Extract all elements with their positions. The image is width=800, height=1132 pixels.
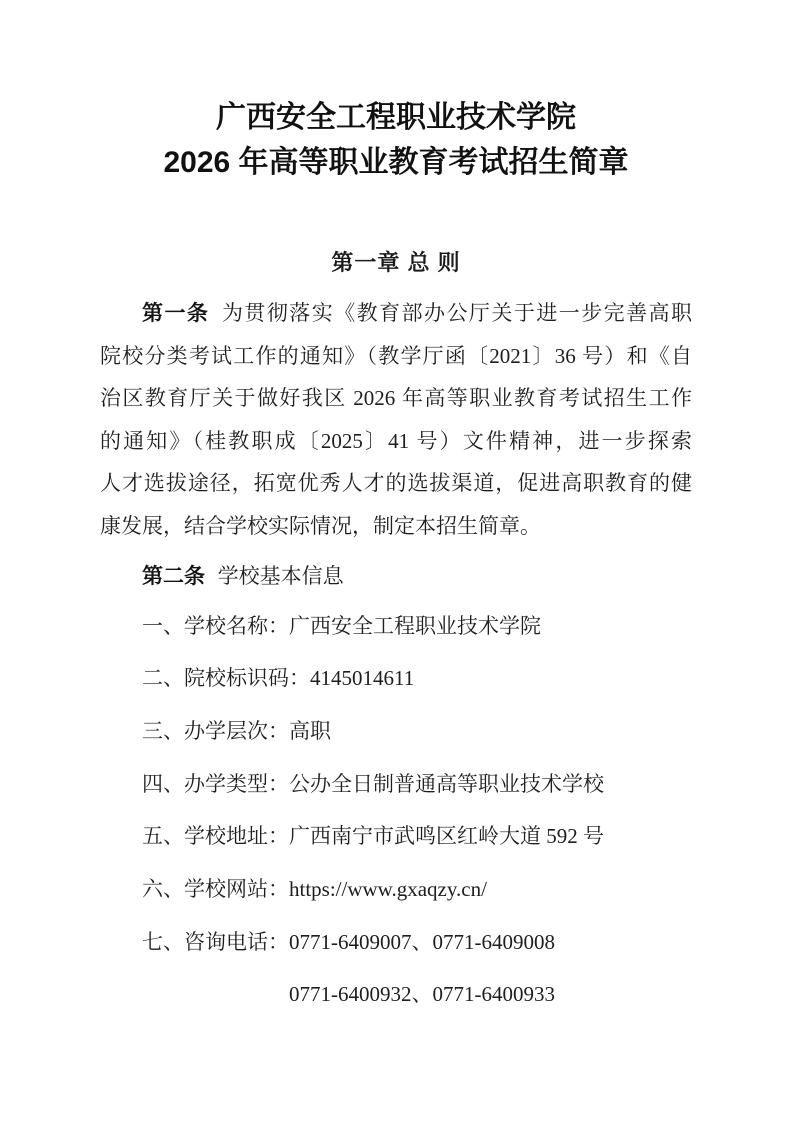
chapter-heading: 第一章 总 则 (100, 248, 692, 278)
info-item-phone: 七、咨询电话：0771-6409007、0771-6409008 (100, 916, 692, 969)
article-1-text: 为贯彻落实《教育部办公厅关于进一步完善高职 (222, 301, 692, 325)
info-item-school-code: 二、院校标识码：4145014611 (100, 652, 692, 705)
info-item-education-level: 三、办学层次：高职 (100, 705, 692, 758)
article-2-label: 第二条 (142, 564, 205, 588)
info-item-phone-continued: 0771-6400932、0771-6400933 (100, 968, 692, 1021)
article-1-line: 康发展，结合学校实际情况，制定本招生简章。 (100, 505, 692, 548)
school-info-list: 一、学校名称：广西安全工程职业技术学院 二、院校标识码：4145014611 三… (100, 600, 692, 1022)
article-2-title: 学校基本信息 (218, 564, 344, 588)
article-1-paragraph: 第一条为贯彻落实《教育部办公厅关于进一步完善高职 院校分类考试工作的通知》（教学… (100, 292, 692, 547)
article-1-line: 的通知》（桂教职成〔2025〕41 号）文件精神，进一步探索 (100, 420, 692, 463)
info-item-school-name: 一、学校名称：广西安全工程职业技术学院 (100, 600, 692, 653)
article-1-line: 人才选拔途径，拓宽优秀人才的选拔渠道，促进高职教育的健 (100, 462, 692, 505)
article-1-line: 第一条为贯彻落实《教育部办公厅关于进一步完善高职 (100, 292, 692, 335)
doc-title-line2: 2026 年高等职业教育考试招生简章 (100, 140, 692, 185)
article-1-label: 第一条 (142, 301, 209, 325)
article-1-line: 院校分类考试工作的通知》（教学厅函〔2021〕36 号）和《自 (100, 335, 692, 378)
info-item-website: 六、学校网站：https://www.gxaqzy.cn/ (100, 863, 692, 916)
article-1-line: 治区教育厅关于做好我区 2026 年高等职业教育考试招生工作 (100, 377, 692, 420)
info-item-address: 五、学校地址：广西南宁市武鸣区红岭大道 592 号 (100, 810, 692, 863)
document-page: 广西安全工程职业技术学院 2026 年高等职业教育考试招生简章 第一章 总 则 … (0, 0, 800, 1132)
article-2-heading: 第二条学校基本信息 (100, 555, 692, 598)
doc-title-line1: 广西安全工程职业技术学院 (100, 95, 692, 140)
info-item-school-type: 四、办学类型：公办全日制普通高等职业技术学校 (100, 758, 692, 811)
